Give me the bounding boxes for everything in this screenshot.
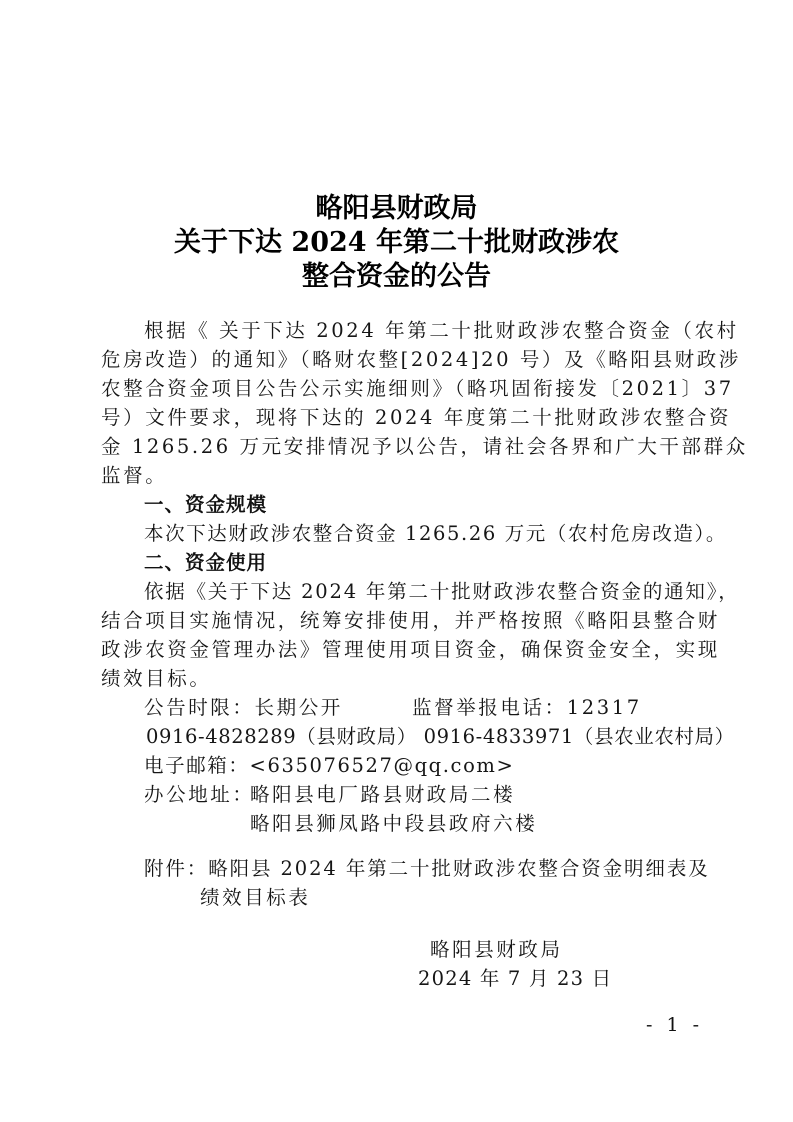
title-line-2: 关于下达 2024 年第二十批财政涉农 <box>0 226 793 260</box>
intro-line: 金 1265.26 万元安排情况予以公告，请社会各界和广大干部群众 <box>101 434 748 460</box>
section-heading-funding-use: 二、资金使用 <box>144 550 267 576</box>
funding-use-line: 结合项目实施情况，统筹安排使用，并严格按照《略阳县整合财 <box>101 608 720 634</box>
intro-line: 农整合资金项目公告公示实施细则》（略巩固衔接发〔2021〕37 <box>101 376 734 402</box>
announcement-period: 公告时限：长期公开 <box>144 695 343 721</box>
signature-date: 2024 年 7 月 23 日 <box>418 966 612 992</box>
email-address[interactable]: 电子邮箱：<635076527@qq.com> <box>144 753 514 779</box>
office-address-1: 略阳县电厂路县财政局二楼 <box>250 782 515 808</box>
office-address-label: 办公地址： <box>144 782 255 808</box>
attachment-line-2: 绩效目标表 <box>200 885 311 911</box>
section-body-funding-scale: 本次下达财政涉农整合资金 1265.26 万元（农村危房改造）。 <box>144 521 727 547</box>
page-number: - 1 - <box>646 1014 703 1036</box>
intro-line: 号）文件要求，现将下达的 2024 年度第二十批财政涉农整合资 <box>101 405 731 431</box>
funding-use-line: 政涉农资金管理办法》管理使用项目资金，确保资金安全，实现 <box>101 637 720 663</box>
intro-line: 危房改造）的通知》（略财农整[2024]20 号）及《略阳县财政涉 <box>101 347 741 373</box>
office-address-2: 略阳县狮凤路中段县政府六楼 <box>250 811 537 837</box>
attachment-line-1: 附件：略阳县 2024 年第二十批财政涉农整合资金明细表及 <box>144 856 710 882</box>
signature-org: 略阳县财政局 <box>430 937 563 963</box>
section-heading-funding-scale: 一、资金规模 <box>144 492 267 518</box>
funding-use-line: 绩效目标。 <box>101 666 212 692</box>
phone-numbers: 0916-4828289（县财政局） 0916-4833971（县农业农村局） <box>146 724 735 750</box>
funding-use-line: 依据《关于下达 2024 年第二十批财政涉农整合资金的通知》， <box>144 579 740 605</box>
intro-line: 监督。 <box>101 463 167 489</box>
title-line-1: 略阳县财政局 <box>0 192 793 226</box>
report-hotline: 监督举报电话：12317 <box>412 695 642 721</box>
title-line-3: 整合资金的公告 <box>0 260 793 294</box>
intro-line: 根据《 关于下达 2024 年第二十批财政涉农整合资金（农村 <box>144 318 739 344</box>
